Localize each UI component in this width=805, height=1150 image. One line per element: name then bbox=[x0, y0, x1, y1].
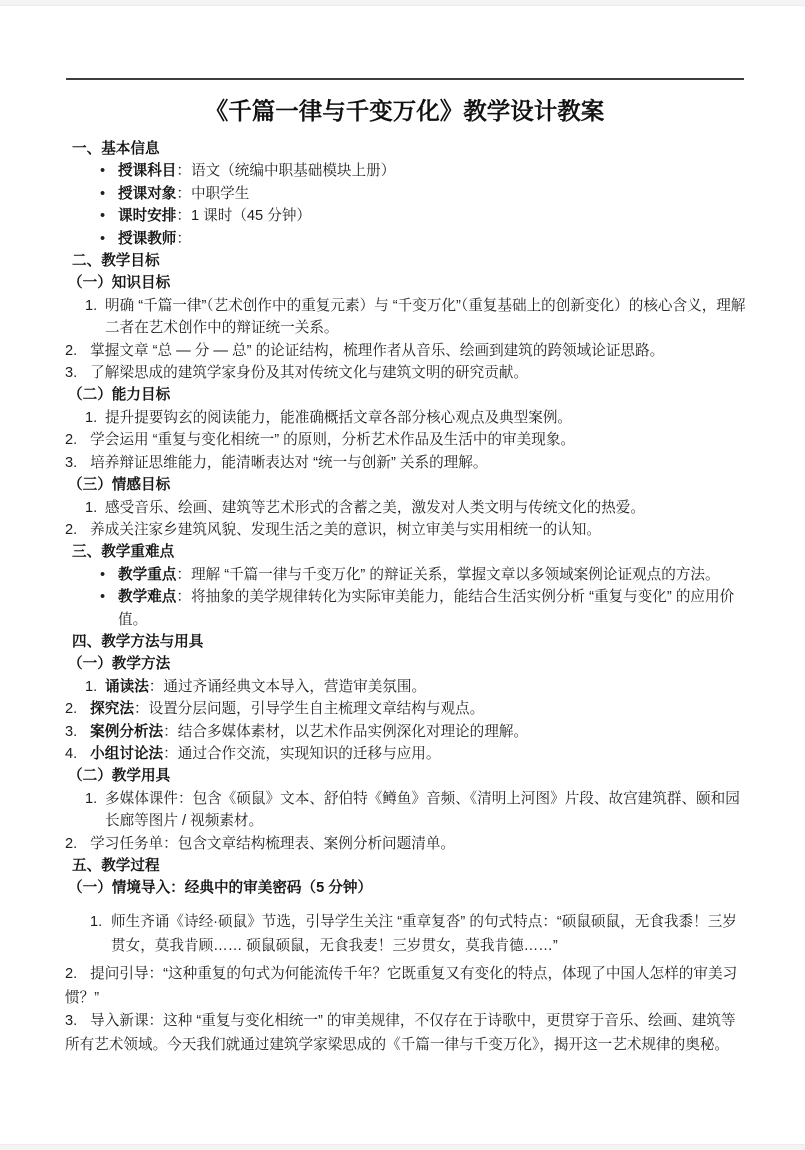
numbered-item: 3.了解梁思成的建筑学家身份及其对传统文化与建筑文明的研究贡献。 bbox=[65, 362, 746, 384]
item-number: 3. bbox=[65, 362, 77, 384]
numbered-item: 1.师生齐诵《诗经·硕鼠》节选，引导学生关注 “重章复沓” 的句式特点：“硕鼠硕… bbox=[90, 910, 746, 959]
text-segment: 提升提要钩玄的阅读能力，能准确概括文章各部分核心观点及典型案例。 bbox=[105, 410, 572, 426]
bullet-marker: • bbox=[100, 205, 118, 227]
numbered-item: 1.多媒体课件：包含《硕鼠》文本、舒伯特《鳟鱼》音频、《清明上河图》片段、故宫建… bbox=[85, 788, 746, 833]
item-number: 1. bbox=[85, 676, 105, 698]
text-segment: 掌握文章 “总 — 分 — 总” 的论证结构，梳理作者从音乐、绘画到建筑的跨领域… bbox=[90, 343, 664, 359]
item-number: 1. bbox=[85, 295, 105, 340]
subsection-heading: （一）教学方法 bbox=[68, 653, 746, 675]
bullet-marker: • bbox=[100, 228, 118, 250]
bold-label: 案例分析法 bbox=[90, 724, 163, 740]
bold-label: 教学难点 bbox=[118, 589, 176, 605]
numbered-item: 3.导入新课：这种 “重复与变化相统一” 的审美规律，不仅存在于诗歌中，更贯穿于… bbox=[65, 1010, 746, 1057]
bullet-item: •授课科目：语文（统编中职基础模块上册） bbox=[100, 160, 746, 182]
subsection-heading: （二）教学用具 bbox=[68, 765, 746, 787]
item-text: 提升提要钩玄的阅读能力，能准确概括文章各部分核心观点及典型案例。 bbox=[105, 407, 572, 429]
bold-label: 教学重点 bbox=[118, 567, 176, 583]
section-heading: 五、教学过程 bbox=[72, 855, 746, 877]
item-text: 感受音乐、绘画、建筑等艺术形式的含蓄之美，激发对人类文明与传统文化的热爱。 bbox=[105, 497, 645, 519]
text-segment: 导入新课：这种 “重复与变化相统一” 的审美规律，不仅存在于诗歌中，更贯穿于音乐… bbox=[65, 1013, 736, 1053]
item-text: 学会运用 “重复与变化相统一” 的原则，分析艺术作品及生活中的审美现象。 bbox=[90, 432, 575, 448]
item-text: 授课科目：语文（统编中职基础模块上册） bbox=[118, 160, 395, 182]
numbered-item: 3.案例分析法：结合多媒体素材，以艺术作品实例深化对理论的理解。 bbox=[65, 721, 746, 743]
item-text: 掌握文章 “总 — 分 — 总” 的论证结构，梳理作者从音乐、绘画到建筑的跨领域… bbox=[90, 343, 664, 359]
item-number: 1. bbox=[85, 497, 105, 519]
item-text: 导入新课：这种 “重复与变化相统一” 的审美规律，不仅存在于诗歌中，更贯穿于音乐… bbox=[65, 1013, 736, 1053]
section-heading: 三、教学重难点 bbox=[72, 541, 746, 563]
text-segment: ：将抽象的美学规律转化为实际审美能力，能结合生活实例分析 “重复与变化” 的应用… bbox=[118, 589, 734, 627]
subsection-heading: （二）能力目标 bbox=[68, 384, 746, 406]
numbered-item: 2.探究法：设置分层问题，引导学生自主梳理文章结构与观点。 bbox=[65, 698, 746, 720]
text-segment: ：1 课时（45 分钟） bbox=[176, 208, 311, 224]
subsection-heading: （三）情感目标 bbox=[68, 474, 746, 496]
text-segment: 感受音乐、绘画、建筑等艺术形式的含蓄之美，激发对人类文明与传统文化的热爱。 bbox=[105, 500, 645, 516]
text-segment: ：通过齐诵经典文本导入，营造审美氛围。 bbox=[149, 679, 426, 695]
text-segment: 提问引导：“这种重复的句式为何能流传千年？它既重复又有变化的特点，体现了中国人怎… bbox=[65, 966, 737, 1006]
item-text: 提问引导：“这种重复的句式为何能流传千年？它既重复又有变化的特点，体现了中国人怎… bbox=[65, 966, 737, 1006]
numbered-item: 2.学会运用 “重复与变化相统一” 的原则，分析艺术作品及生活中的审美现象。 bbox=[65, 429, 746, 451]
text-segment: ： bbox=[176, 231, 191, 247]
subsection-heading: （一）情境导入：经典中的审美密码（5 分钟） bbox=[68, 877, 746, 899]
item-text: 培养辩证思维能力，能清晰表达对 “统一与创新” 关系的理解。 bbox=[90, 455, 487, 471]
item-number: 3. bbox=[65, 452, 77, 474]
text-segment: 明确 “千篇一律”（艺术创作中的重复元素）与 “千变万化”（重复基础上的创新变化… bbox=[105, 298, 745, 336]
item-text: 诵读法：通过齐诵经典文本导入，营造审美氛围。 bbox=[105, 676, 426, 698]
item-number: 2. bbox=[65, 340, 77, 362]
bullet-item: •教学重点：理解 “千篇一律与千变万化” 的辩证关系，掌握文章以多领域案例论证观… bbox=[100, 564, 746, 586]
bullet-item: •授课对象：中职学生 bbox=[100, 183, 746, 205]
bold-label: 探究法 bbox=[90, 701, 134, 717]
item-text: 了解梁思成的建筑学家身份及其对传统文化与建筑文明的研究贡献。 bbox=[90, 365, 528, 381]
bullet-marker: • bbox=[100, 564, 118, 586]
item-number: 3. bbox=[65, 1010, 77, 1034]
numbered-item: 2.养成关注家乡建筑风貌、发现生活之美的意识，树立审美与实用相统一的认知。 bbox=[65, 519, 746, 541]
item-number: 2. bbox=[65, 698, 77, 720]
bullet-item: •课时安排：1 课时（45 分钟） bbox=[100, 205, 746, 227]
numbered-item: 4.小组讨论法：通过合作交流，实现知识的迁移与应用。 bbox=[65, 743, 746, 765]
item-text: 师生齐诵《诗经·硕鼠》节选，引导学生关注 “重章复沓” 的句式特点：“硕鼠硕鼠，… bbox=[111, 910, 746, 959]
bullet-item: •教学难点：将抽象的美学规律转化为实际审美能力，能结合生活实例分析 “重复与变化… bbox=[100, 586, 746, 631]
bottom-edge-strip bbox=[0, 1144, 805, 1150]
bold-label: 诵读法 bbox=[105, 679, 149, 695]
item-text: 教学重点：理解 “千篇一律与千变万化” 的辩证关系，掌握文章以多领域案例论证观点… bbox=[118, 564, 720, 586]
section-heading: 一、基本信息 bbox=[72, 138, 746, 160]
numbered-item: 1.诵读法：通过齐诵经典文本导入，营造审美氛围。 bbox=[85, 676, 746, 698]
item-number: 2. bbox=[65, 429, 77, 451]
text-segment: ：理解 “千篇一律与千变万化” 的辩证关系，掌握文章以多领域案例论证观点的方法。 bbox=[176, 567, 719, 583]
text-segment: ：语文（统编中职基础模块上册） bbox=[176, 163, 395, 179]
item-number: 1. bbox=[90, 910, 111, 959]
bold-label: 授课对象 bbox=[118, 186, 176, 202]
item-number: 1. bbox=[85, 788, 105, 833]
item-text: 教学难点：将抽象的美学规律转化为实际审美能力，能结合生活实例分析 “重复与变化”… bbox=[118, 586, 746, 631]
bullet-marker: • bbox=[100, 586, 118, 631]
item-text: 课时安排：1 课时（45 分钟） bbox=[118, 205, 311, 227]
bullet-item: •授课教师： bbox=[100, 228, 746, 250]
item-text: 授课对象：中职学生 bbox=[118, 183, 249, 205]
item-text: 学习任务单：包含文章结构梳理表、案例分析问题清单。 bbox=[90, 836, 455, 852]
item-number: 2. bbox=[65, 963, 77, 987]
item-text: 授课教师： bbox=[118, 228, 191, 250]
bold-label: 小组讨论法 bbox=[90, 746, 163, 762]
text-segment: 培养辩证思维能力，能清晰表达对 “统一与创新” 关系的理解。 bbox=[90, 455, 487, 471]
item-number: 4. bbox=[65, 743, 77, 765]
bold-label: 授课教师 bbox=[118, 231, 176, 247]
item-number: 2. bbox=[65, 833, 77, 855]
text-segment: 了解梁思成的建筑学家身份及其对传统文化与建筑文明的研究贡献。 bbox=[90, 365, 528, 381]
numbered-item: 1.感受音乐、绘画、建筑等艺术形式的含蓄之美，激发对人类文明与传统文化的热爱。 bbox=[85, 497, 746, 519]
text-segment: 多媒体课件：包含《硕鼠》文本、舒伯特《鳟鱼》音频、《清明上河图》片段、故宫建筑群… bbox=[105, 791, 740, 829]
text-segment: 学会运用 “重复与变化相统一” 的原则，分析艺术作品及生活中的审美现象。 bbox=[90, 432, 575, 448]
text-segment: 学习任务单：包含文章结构梳理表、案例分析问题清单。 bbox=[90, 836, 455, 852]
item-text: 小组讨论法：通过合作交流，实现知识的迁移与应用。 bbox=[90, 746, 440, 762]
numbered-item: 1.提升提要钩玄的阅读能力，能准确概括文章各部分核心观点及典型案例。 bbox=[85, 407, 746, 429]
item-text: 案例分析法：结合多媒体素材，以艺术作品实例深化对理论的理解。 bbox=[90, 724, 528, 740]
section-heading: 二、教学目标 bbox=[72, 250, 746, 272]
bullet-marker: • bbox=[100, 160, 118, 182]
item-text: 养成关注家乡建筑风貌、发现生活之美的意识，树立审美与实用相统一的认知。 bbox=[90, 522, 601, 538]
screenshot-canvas: 《千篇一律与千变万化》教学设计教案一、基本信息•授课科目：语文（统编中职基础模块… bbox=[0, 0, 805, 1150]
numbered-item: 2.学习任务单：包含文章结构梳理表、案例分析问题清单。 bbox=[65, 833, 746, 855]
item-text: 多媒体课件：包含《硕鼠》文本、舒伯特《鳟鱼》音频、《清明上河图》片段、故宫建筑群… bbox=[105, 788, 746, 833]
document-content: 《千篇一律与千变万化》教学设计教案一、基本信息•授课科目：语文（统编中职基础模块… bbox=[63, 78, 746, 1057]
bold-label: 授课科目 bbox=[118, 163, 176, 179]
item-text: 探究法：设置分层问题，引导学生自主梳理文章结构与观点。 bbox=[90, 701, 484, 717]
text-segment: 养成关注家乡建筑风貌、发现生活之美的意识，树立审美与实用相统一的认知。 bbox=[90, 522, 601, 538]
item-number: 2. bbox=[65, 519, 77, 541]
horizontal-rule bbox=[66, 78, 744, 80]
document-title: 《千篇一律与千变万化》教学设计教案 bbox=[63, 96, 746, 126]
bold-label: 课时安排 bbox=[118, 208, 176, 224]
numbered-item: 3.培养辩证思维能力，能清晰表达对 “统一与创新” 关系的理解。 bbox=[65, 452, 746, 474]
numbered-item: 2.提问引导：“这种重复的句式为何能流传千年？它既重复又有变化的特点，体现了中国… bbox=[65, 963, 746, 1010]
item-number: 3. bbox=[65, 721, 77, 743]
text-segment: ：中职学生 bbox=[176, 186, 249, 202]
item-text: 明确 “千篇一律”（艺术创作中的重复元素）与 “千变万化”（重复基础上的创新变化… bbox=[105, 295, 746, 340]
text-segment: ：设置分层问题，引导学生自主梳理文章结构与观点。 bbox=[134, 701, 484, 717]
numbered-item: 1.明确 “千篇一律”（艺术创作中的重复元素）与 “千变万化”（重复基础上的创新… bbox=[85, 295, 746, 340]
numbered-item: 2.掌握文章 “总 — 分 — 总” 的论证结构，梳理作者从音乐、绘画到建筑的跨… bbox=[65, 340, 746, 362]
text-segment: ：结合多媒体素材，以艺术作品实例深化对理论的理解。 bbox=[163, 724, 528, 740]
document-page: 《千篇一律与千变万化》教学设计教案一、基本信息•授课科目：语文（统编中职基础模块… bbox=[0, 6, 805, 1144]
bullet-marker: • bbox=[100, 183, 118, 205]
subsection-heading: （一）知识目标 bbox=[68, 272, 746, 294]
text-segment: 师生齐诵《诗经·硕鼠》节选，引导学生关注 “重章复沓” 的句式特点：“硕鼠硕鼠，… bbox=[111, 914, 737, 955]
item-number: 1. bbox=[85, 407, 105, 429]
section-heading: 四、教学方法与用具 bbox=[72, 631, 746, 653]
text-segment: ：通过合作交流，实现知识的迁移与应用。 bbox=[163, 746, 440, 762]
